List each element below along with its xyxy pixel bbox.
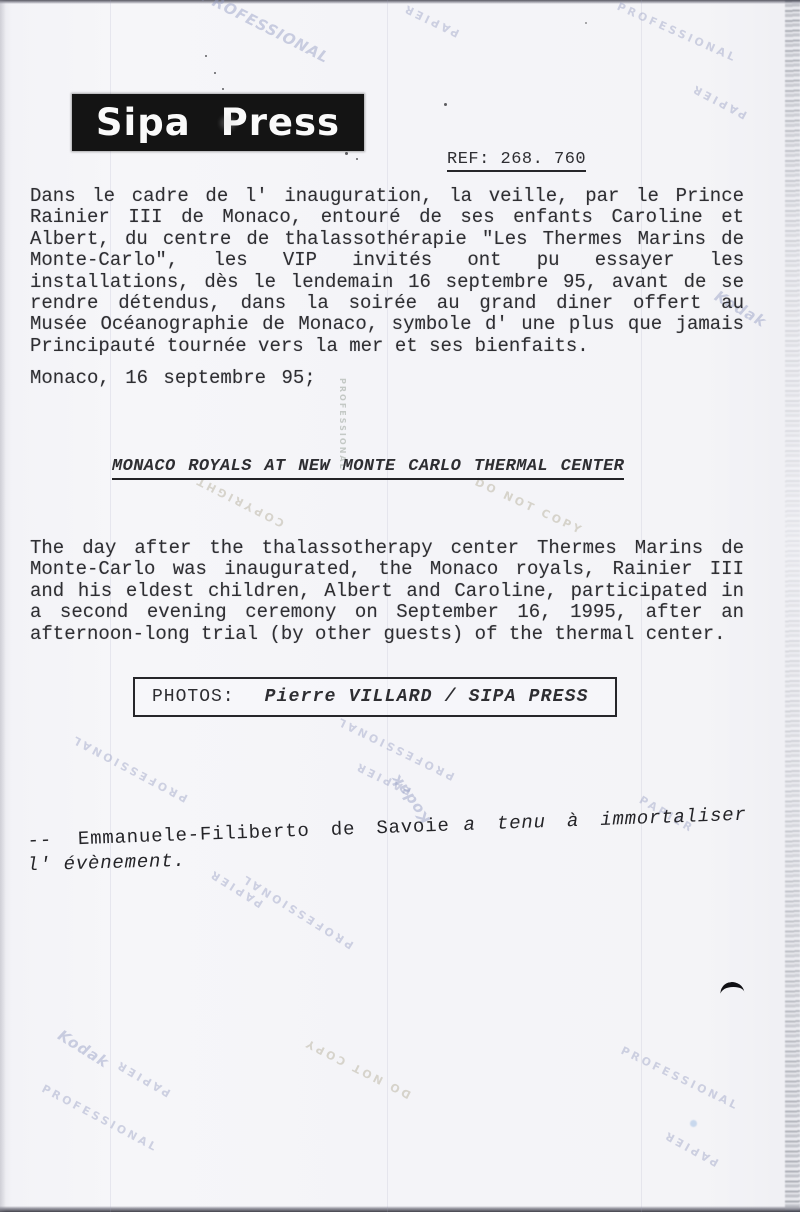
watermark-text: PROFESSIONAL <box>238 871 356 951</box>
french-intro-paragraph: Dans le cadre de l' inauguration, la vei… <box>30 186 744 357</box>
watermark-text: PROFESSIONAL <box>334 714 457 783</box>
paragraph-line: Dans le cadre de l' inauguration, la vei… <box>30 186 744 207</box>
watermark-text: PAPIER <box>661 1128 721 1169</box>
scan-speckle <box>205 55 207 57</box>
paragraph-line: rendre détendus, dans la soirée au grand… <box>30 293 744 314</box>
scan-speckle <box>585 22 587 24</box>
watermark-text: PAPIER <box>400 1 461 40</box>
paragraph-line: Monte-Carlo", les VIP invités ont pu ess… <box>30 250 744 271</box>
watermark-text: PROFESSIONAL <box>69 732 190 805</box>
watermark-text: PAPIER <box>689 81 750 121</box>
photos-label: PHOTOS: <box>152 687 235 707</box>
watermark-text: PROFESSIONAL <box>199 0 333 67</box>
paragraph-line: Principauté tournée vers la mer et ses b… <box>30 336 744 357</box>
scan-speckle <box>444 103 447 106</box>
watermark-text: DO NOT COPY <box>302 1036 414 1101</box>
scan-speckle <box>690 1120 697 1127</box>
paragraph-line: The day after the thalassotherapy center… <box>30 538 744 559</box>
scan-smudge <box>220 116 236 130</box>
paragraph-line: Albert, du centre de thalassothérapie "L… <box>30 229 744 250</box>
scan-edge-right <box>785 0 800 1212</box>
paragraph-line: Musée Océanographie de Monaco, symbole d… <box>30 314 744 335</box>
scan-speckle <box>356 158 358 160</box>
paragraph-line: and his eldest children, Albert and Caro… <box>30 581 744 602</box>
scan-edge-bottom <box>0 1206 800 1212</box>
sipa-press-logo: Sipa Press <box>72 94 364 151</box>
paragraph-line: a second evening ceremony on September 1… <box>30 602 744 623</box>
watermark-text: PROFESSIONAL <box>619 1044 742 1113</box>
photo-credit-box: PHOTOS: Pierre VILLARD / SIPA PRESS <box>133 677 617 717</box>
dateline: Monaco, 16 septembre 95; <box>30 367 316 389</box>
paragraph-line: Rainier III de Monaco, entouré de ses en… <box>30 207 744 228</box>
scan-speckle <box>222 88 224 90</box>
paragraph-line: afternoon-long trial (by other guests) o… <box>30 624 744 645</box>
watermark-text: Kodak <box>55 1026 113 1071</box>
photo-credit: Pierre VILLARD / SIPA PRESS <box>265 687 589 707</box>
ref-number: REF: 268. 760 <box>447 150 586 169</box>
watermark-text: PROFESSIONAL <box>615 0 739 65</box>
scan-edge-top <box>0 0 800 4</box>
watermark-text: PAPIER <box>113 1057 173 1099</box>
scan-edge-left <box>0 0 6 1212</box>
headline: MONACO ROYALS AT NEW MONTE CARLO THERMAL… <box>112 457 624 476</box>
caption-note-tail: a tenu à immortaliser <box>463 804 747 836</box>
caption-note-name: Emmanuele-Filiberto de Savoie <box>78 815 450 851</box>
watermark-text: DO NOT COPY <box>473 476 586 538</box>
caption-note-dashes: -- <box>27 829 52 852</box>
caption-note-line2: l' évènement. <box>27 850 186 876</box>
scanned-press-release: PROFESSIONAL PAPIER PROFESSIONAL PAPIER … <box>0 0 800 1212</box>
paragraph-line: installations, dès le lendemain 16 septe… <box>30 272 744 293</box>
scan-speckle <box>345 152 348 155</box>
watermark-text: COPYRIGHT <box>192 473 286 529</box>
english-summary-paragraph: The day after the thalassotherapy center… <box>30 538 744 645</box>
watermark-text: PROFESSIONAL <box>40 1082 161 1155</box>
paragraph-line: Monte-Carlo was inaugurated, the Monaco … <box>30 559 744 580</box>
sipa-press-logo-text: Sipa Press <box>96 101 340 144</box>
scan-speckle <box>214 72 216 74</box>
pen-mark <box>719 981 744 998</box>
